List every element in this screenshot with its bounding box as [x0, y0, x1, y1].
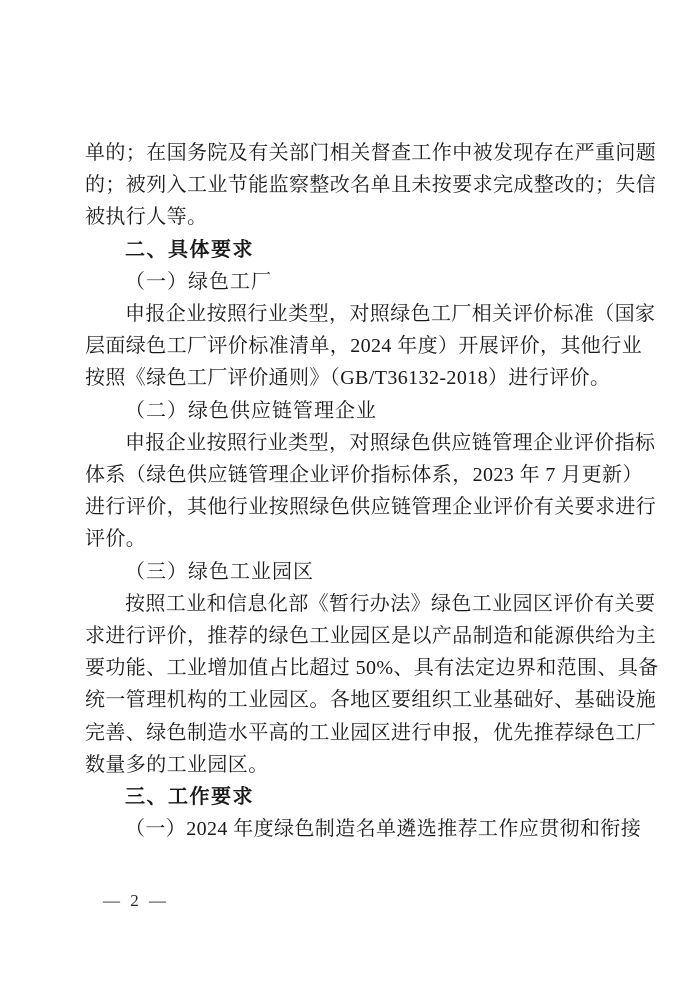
- section-heading: 二、具体要求: [85, 234, 617, 266]
- subsection-heading-text: （一）绿色工厂: [85, 266, 617, 298]
- body-paragraph: （一）2024 年度绿色制造名单遴选推荐工作应贯彻和衔接: [85, 813, 617, 845]
- text-line: 层面绿色工厂评价标准清单，2024 年度）开展评价，其他行业: [85, 330, 617, 362]
- body-paragraph: 申报企业按照行业类型，对照绿色供应链管理企业评价指标 体系（绿色供应链管理企业评…: [85, 427, 617, 556]
- text-line: 的；被列入工业节能监察整改名单且未按要求完成整改的；失信: [85, 169, 617, 201]
- text-line: 完善、绿色制造水平高的工业园区进行申报，优先推荐绿色工厂: [85, 717, 617, 749]
- text-line: 单的；在国务院及有关部门相关督查工作中被发现存在严重问题: [85, 137, 617, 169]
- text-line: 体系（绿色供应链管理企业评价指标体系，2023 年 7 月更新）: [85, 459, 617, 491]
- document-page: 单的；在国务院及有关部门相关督查工作中被发现存在严重问题 的；被列入工业节能监察…: [0, 0, 700, 989]
- text-line: 要功能、工业增加值占比超过 50%、具有法定边界和范围、具备: [85, 652, 617, 684]
- section-heading-text: 二、具体要求: [85, 234, 617, 266]
- subsection-heading-text: （二）绿色供应链管理企业: [85, 395, 617, 427]
- text-line: 统一管理机构的工业园区。各地区要组织工业基础好、基础设施: [85, 684, 617, 716]
- subsection-heading-text: （三）绿色工业园区: [85, 556, 617, 588]
- subsection-heading: （一）绿色工厂: [85, 266, 617, 298]
- text-line: 申报企业按照行业类型，对照绿色供应链管理企业评价指标: [85, 427, 617, 459]
- text-line: 被执行人等。: [85, 201, 617, 233]
- subsection-heading: （二）绿色供应链管理企业: [85, 395, 617, 427]
- subsection-heading: （三）绿色工业园区: [85, 556, 617, 588]
- section-heading: 三、工作要求: [85, 781, 617, 813]
- text-line: 评价。: [85, 523, 617, 555]
- page-number: — 2 —: [103, 891, 169, 911]
- text-line: 数量多的工业园区。: [85, 749, 617, 781]
- text-line: 进行评价，其他行业按照绿色供应链管理企业评价有关要求进行: [85, 491, 617, 523]
- body-paragraph: 按照工业和信息化部《暂行办法》绿色工业园区评价有关要 求进行评价，推荐的绿色工业…: [85, 588, 617, 781]
- section-heading-text: 三、工作要求: [85, 781, 617, 813]
- document-body: 单的；在国务院及有关部门相关督查工作中被发现存在严重问题 的；被列入工业节能监察…: [85, 137, 617, 845]
- body-paragraph: 申报企业按照行业类型，对照绿色工厂相关评价标准（国家 层面绿色工厂评价标准清单，…: [85, 298, 617, 395]
- body-paragraph: 单的；在国务院及有关部门相关督查工作中被发现存在严重问题 的；被列入工业节能监察…: [85, 137, 617, 234]
- text-line: 申报企业按照行业类型，对照绿色工厂相关评价标准（国家: [85, 298, 617, 330]
- text-line: 按照工业和信息化部《暂行办法》绿色工业园区评价有关要: [85, 588, 617, 620]
- text-line: 求进行评价，推荐的绿色工业园区是以产品制造和能源供给为主: [85, 620, 617, 652]
- text-line: （一）2024 年度绿色制造名单遴选推荐工作应贯彻和衔接: [85, 813, 617, 845]
- text-line: 按照《绿色工厂评价通则》（GB/T36132-2018）进行评价。: [85, 362, 617, 394]
